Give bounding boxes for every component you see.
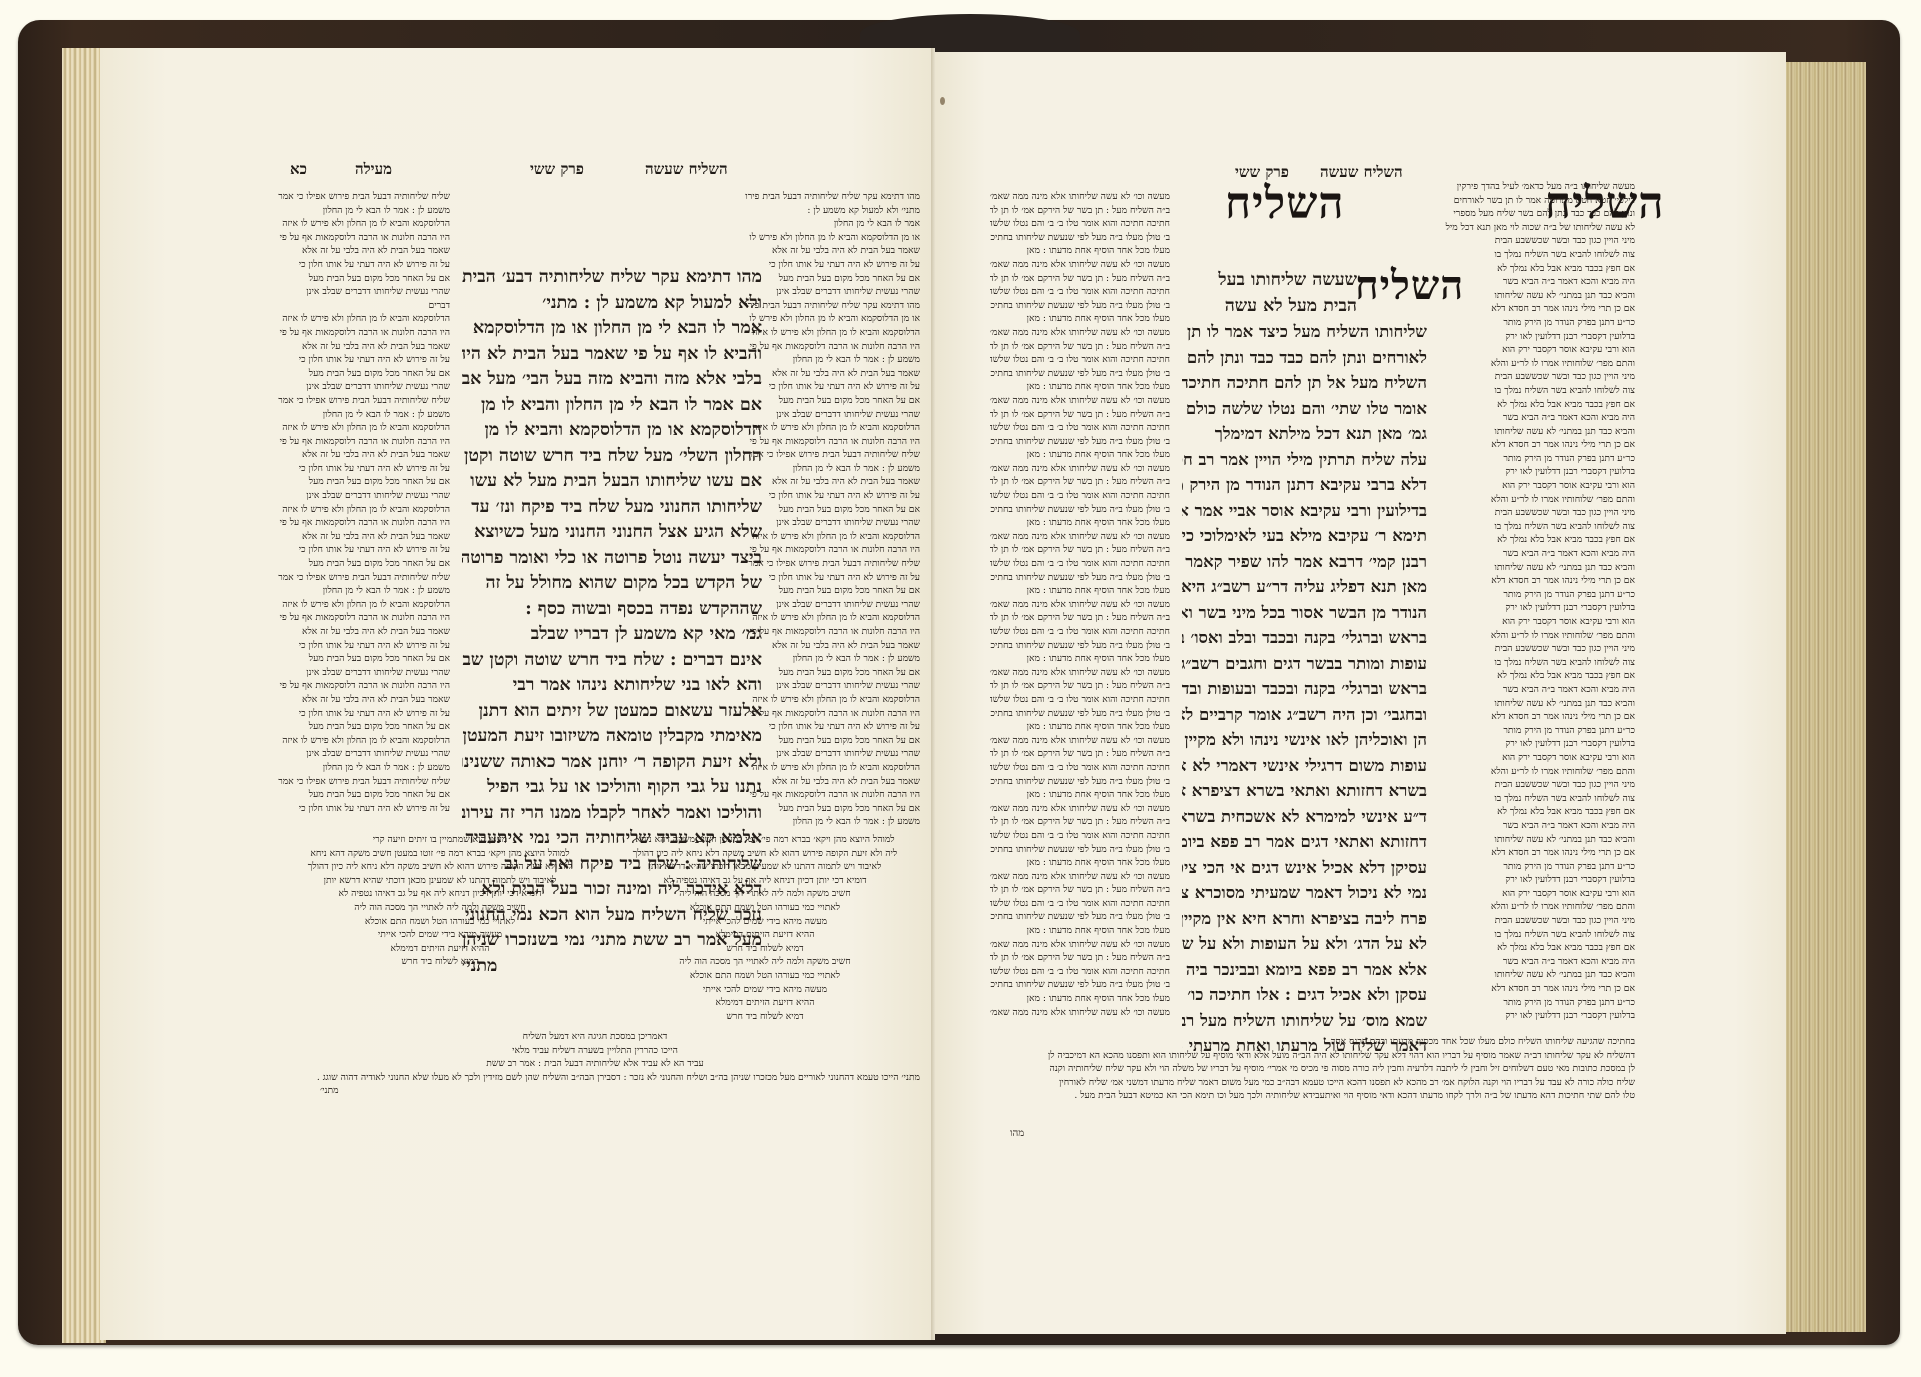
text-line: מעשה וכו׳ לא עשה שליחותו אלא מינה ממה שא… — [990, 394, 1170, 408]
text-line: אם חפץ בכבד מביא אבל בלא נמלך לא — [1445, 805, 1635, 819]
text-line: ב״ה השליח מעל : תן בשר של הירקם אמ׳ לו ת… — [990, 204, 1170, 218]
text-line: כר״ע דתנן בפרק הנודר מן הירק מותר — [1445, 724, 1635, 738]
paper-spot — [940, 97, 945, 105]
text-line: גמ׳ מאי קא משמע לן דבריו שבלב — [462, 622, 762, 648]
text-line: היה מביא והכא דאמר ב״ה הביא בשר — [1445, 955, 1635, 969]
text-line: היה מביא והכא דאמר ב״ה הביא בשר — [1445, 547, 1635, 561]
text-line: והביא כבד תנן במתני׳ לא עשה שליחותו — [1445, 289, 1635, 303]
text-line: על זה פירוש לא היה דעתי על אותו חלון כי — [270, 802, 450, 816]
text-line: שההקדש נפדה בכסף ובשוה כסף : — [462, 597, 762, 623]
text-line: כר״ע דתנן בפרק הנודר מן הירק מותר — [1445, 588, 1635, 602]
text-line: מיני הויין כגון כבד ובשר שכששבע הבית — [1445, 234, 1635, 248]
text-line: לאתויי כמי בעורהו הטל ושמח התם אוכלא — [270, 915, 610, 929]
text-line: למוהל היוצא מהן ויקא׳ בברא רמה פי׳ זוטו … — [610, 833, 920, 847]
text-line: אם על האחר מכל מקום בעל הבית מעל — [270, 720, 450, 734]
text-line: שהרי נעשית שליחותו דדברים שבלב אינן — [745, 408, 920, 422]
text-line: מעלו מכל אחד הוסיף אחת מדעתו : מאן — [990, 992, 1170, 1006]
text-line: אם כן תרי מילי נינהו אמר רב חסדא דלא — [1445, 846, 1635, 860]
right-main-text-opening: שעשה שליחותו בעל הבית מעל לא עשה — [1182, 268, 1357, 320]
text-line: אמר לו הבא לי מן החלון — [745, 217, 920, 231]
text-line: והתם מפר׳ שלוחותיו אמרו לו לר״ע והלא — [1445, 629, 1635, 643]
text-line: אם על האחר מכל מקום בעל הבית מעל — [270, 652, 450, 666]
text-line: ב״ה השליח מעל : תן בשר של הירקם אמ׳ לו ת… — [990, 272, 1170, 286]
text-line: הייכו כהררין התלויין בשערה דשליח עביד מל… — [270, 1044, 920, 1058]
text-line: דהשליח לא עקר שליחותו דב״ה שאמר מוסיף על… — [990, 1049, 1635, 1063]
text-line: מעטן הוא שמתמיין בו זיתים וזיעה קרי — [270, 833, 610, 847]
text-line: ב״ה השליח מעל : תן בשר של הירקם אמ׳ לו ת… — [990, 679, 1170, 693]
text-line: ב׳ טולן מעלו ב״ה מעל לפי שנעשת שליחותו ב… — [990, 435, 1170, 449]
text-line: מעשה וכו׳ לא עשה שליחותו אלא מינה ממה שא… — [990, 666, 1170, 680]
text-line: צוה לשלוחו להביא בשר השליח נמלך בו — [1445, 792, 1635, 806]
text-line: שאמר בעל הבית לא היה בלבי על זה אלא — [745, 244, 920, 258]
text-line: כר״ע דתנן בפרק הנודר מן הירק מותר — [1445, 860, 1635, 874]
text-line: מעשה וכו׳ לא עשה שליחותו אלא מינה ממה שא… — [990, 326, 1170, 340]
text-line: ביצד יעשה נוטל פרוטה או כלי ואומר פרוטה — [462, 546, 762, 572]
text-line: דברים — [270, 299, 450, 313]
text-line: שהרי נעשית שליחותו דדברים שבלב אינן — [745, 285, 920, 299]
text-line: חתיכה חתיכה והוא אומר טלו ב׳ ב׳ והם נטלו… — [990, 625, 1170, 639]
text-line: על זה פירוש לא היה דעתי על אותו חלון כי — [745, 380, 920, 394]
text-line: הדלוסקמא והביא לו מן החלון ולא פירש לו א… — [270, 217, 450, 231]
text-line: מעלו מכל אחד הוסיף אחת מדעתו : מאן — [990, 924, 1170, 938]
text-line: משמע לן : אמר לו הבא לי מן החלון — [270, 204, 450, 218]
text-line: לאתויי כמי בעורהו הטל ושמח התם אוכלא — [610, 969, 920, 983]
text-line: היו הרבה חלונות או הרבה דלוסקמאות אף על … — [745, 788, 920, 802]
text-line: שהרי נעשית שליחותו דדברים שבלב אינן — [745, 747, 920, 761]
text-line: על זה פירוש לא היה דעתי על אותו חלון כי — [270, 543, 450, 557]
text-line: שליח שליחותיה דבעל הבית פירוש אפילו כי א… — [270, 775, 450, 789]
gutter — [931, 48, 935, 1340]
text-line: אם על האחר מכל מקום בעל הבית מעל — [745, 802, 920, 816]
left-bottom-commentary: מעטן הוא שמתמיין בו זיתים וזיעה קרי למוה… — [270, 833, 610, 983]
text-line: מהו דתימא עקר שליח שליחותיה דבעל הבית פי… — [745, 299, 920, 313]
text-line: מהו דתימא עקר שליח שליחותיה דבע׳ הבית — [462, 265, 762, 291]
text-line: שהרי נעשית שליחותו דדברים שבלב אינן — [270, 747, 450, 761]
text-line: מיני הויין כגון כבד ובשר שכששבע הבית — [1445, 642, 1635, 656]
text-line: מתני׳ הייכו טעמא דהחנוני לאוריים מעל מכז… — [270, 1071, 920, 1085]
text-line: מעשה וכו׳ לא עשה שליחותו אלא מינה ממה שא… — [990, 530, 1170, 544]
text-line: אם על האחר מכל מקום בעל הבית מעל — [745, 734, 920, 748]
text-line: אם על האחר מכל מקום בעל הבית מעל — [745, 584, 920, 598]
text-line: אלא אמר רב פפא ביומא ובבינכר ביה ענינה — [1182, 957, 1427, 983]
text-line: שהרי נעשית שליחותו דדברים שבלב אינן — [270, 489, 450, 503]
text-line: שהרי נעשית שליחותו דדברים שבלב אינן — [270, 666, 450, 680]
text-line: שליחותו השליח מעל כיצד אמר לו תן בשר — [1182, 319, 1427, 345]
text-line: כר״ע דתנן בפרק הנודר מן הירק מותר — [1445, 316, 1635, 330]
text-line: צוה לשלוחו להביא בשר השליח נמלך בו — [1445, 520, 1635, 534]
text-line: גמ׳ מאן תנא דכל מילתא דמימלך — [1182, 421, 1427, 447]
text-line: צוה לשלוחו להביא בשר השליח נמלך בו — [1445, 384, 1635, 398]
text-line: ב׳ טולן מעלו ב״ה מעל לפי שנעשת שליחותו ב… — [990, 231, 1170, 245]
text-line: היה מביא והכא דאמר ב״ה הביא בשר — [1445, 819, 1635, 833]
text-line: ב׳ טולן מעלו ב״ה מעל לפי שנעשת שליחותו ב… — [990, 910, 1170, 924]
text-line: צוה לשלוחו להביא בשר השליח נמלך בו — [1445, 928, 1635, 942]
text-line: חשיב משקה ולמה ליה לאתויי הך מסכה הוה לי… — [610, 955, 920, 969]
text-line: ב׳ טולן מעלו ב״ה מעל לפי שנעשת שליחותו ב… — [990, 978, 1170, 992]
text-line: בדלועין דקסברי רבנן דדלועין לאו ירק — [1445, 601, 1635, 615]
text-line: חתיכה חתיכה והוא אומר טלו ב׳ ב׳ והם נטלו… — [990, 761, 1170, 775]
text-line: בדלועין דקסברי רבנן דדלועין לאו ירק — [1445, 737, 1635, 751]
text-line: דמיא לשלוח ביד חרש — [610, 1010, 920, 1024]
left-header-tractate: מעילה — [355, 160, 392, 179]
text-line: או מן הדלוסקמא והביא לו מן החלון ולא פיר… — [745, 231, 920, 245]
text-line: שאמר בעל הבית לא היה בלבי על זה אלא — [270, 530, 450, 544]
text-line: והא לאו בני שליחותא נינהו אמר רבי — [462, 673, 762, 699]
text-line: חתיכה חתיכה והוא אומר טלו ב׳ ב׳ והם נטלו… — [990, 421, 1170, 435]
text-line: על זה פירוש לא היה דעתי על אותו חלון כי — [270, 462, 450, 476]
text-line: מעלו מכל אחד הוסיף אחת מדעתו : מאן — [990, 244, 1170, 258]
text-line: שהרי נעשית שליחותו דדברים שבלב אינן — [745, 679, 920, 693]
right-bottom-commentary: בחתיכה שהגיעה שליחותו השליח כולם מעלו שכ… — [990, 1035, 1635, 1145]
text-line: חתיכה חתיכה והוא אומר טלו ב׳ ב׳ והם נטלו… — [990, 829, 1170, 843]
text-line: מעשה וכו׳ לא עשה שליחותו אלא מינה ממה שא… — [990, 598, 1170, 612]
text-line: ונתן להם כבד כבד ונתן להם בשר שליח מעל מ… — [1445, 207, 1635, 221]
text-line: הנודר מן הבשר אסור בכל מיני בשר ואסור — [1182, 600, 1427, 626]
text-line: חתיכה חתיכה והוא אומר טלו ב׳ ב׳ והם נטלו… — [990, 965, 1170, 979]
text-line: דמיא לשלוח ביד חרש — [270, 955, 610, 969]
text-line: היה מביא והכא דאמר ב״ה הביא בשר — [1445, 683, 1635, 697]
text-line: שליח שליחותיה דבעל הבית פירוש אפילו כי א… — [270, 571, 450, 585]
text-line: שאמר בעל הבית לא היה בלבי על זה אלא — [745, 639, 920, 653]
text-line: חתיכה חתיכה והוא אומר טלו ב׳ ב׳ והם נטלו… — [990, 693, 1170, 707]
text-line: היו הרבה חלונות או הרבה דלוסקמאות אף על … — [745, 435, 920, 449]
text-line: מעשה וכו׳ לא עשה שליחותו אלא מינה ממה שא… — [990, 802, 1170, 816]
text-line: שליחותו החנוני מעל שלח ביד פיקח ונז׳ עד — [462, 495, 762, 521]
text-line: מעלו מכל אחד הוסיף אחת מדעתו : מאן — [990, 584, 1170, 598]
text-line: ההיא דזיעת הזיתים דמימלא — [610, 928, 920, 942]
text-line: שהרי נעשית שליחותו דדברים שבלב אינן — [270, 285, 450, 299]
text-line: חתיכה חתיכה והוא אומר טלו ב׳ ב׳ והם נטלו… — [990, 217, 1170, 231]
text-line: אם על האחר מכל מקום בעל הבית מעל — [745, 503, 920, 517]
catchword: מתני׳ — [270, 1084, 920, 1098]
text-line: ליה ולא זיעת הקופה פירוש דהוא לא חשיב מש… — [610, 847, 920, 861]
text-line: על זה פירוש לא היה דעתי על אותו חלון כי — [745, 720, 920, 734]
text-line: שליח שליחותיה דבעל הבית פירוש אפילו כי א… — [270, 190, 450, 204]
text-line: שליח כולה כורה לא עבד על דבריו הוי וקנה … — [990, 1076, 1635, 1090]
text-line: בראש וברגלי׳ בקנה ובכבד ובעופות ובדגים — [1182, 676, 1427, 702]
text-line: ב׳ טולן מעלו ב״ה מעל לפי שנעשת שליחותו ב… — [990, 707, 1170, 721]
text-line: בדלועין דקסברי רבנן דדלועין לאו ירק — [1445, 465, 1635, 479]
text-line: היו הרבה חלונות או הרבה דלוסקמאות אף על … — [745, 543, 920, 557]
right-page-edges — [1786, 62, 1866, 1332]
text-line: והביא כבד תנן במתני׳ לא עשה שליחותו — [1445, 425, 1635, 439]
text-line: שלא הגיע אצל החנוני החנוני מעל כשיוצא — [462, 520, 762, 546]
text-line: חשיב משקה ולמה ליה לאתויי הך מסכה הוה לי… — [610, 887, 920, 901]
text-line: שמא מוס׳ על שליחותו השליח מעל רב ששת — [1182, 1008, 1427, 1034]
text-line: הדלוסקמא או מן הדלוסקמא והביא לו מן — [462, 418, 762, 444]
text-line: בדלועין דקסברי רבנן דדלועין לאו ירק — [1445, 330, 1635, 344]
text-line: ב׳ טולן מעלו ב״ה מעל לפי שנעשת שליחותו ב… — [990, 639, 1170, 653]
text-line: על זה פירוש לא היה דעתי על אותו חלון כי — [270, 639, 450, 653]
text-line: ב׳ טולן מעלו ב״ה מעל לפי שנעשת שליחותו ב… — [990, 299, 1170, 313]
text-line: ב״ה השליח מעל : תן בשר של הירקם אמ׳ לו ת… — [990, 815, 1170, 829]
text-line: מעלו מכל אחד הוסיף אחת מדעתו : מאן — [990, 380, 1170, 394]
text-line: היו הרבה חלונות או הרבה דלוסקמאות אף על … — [270, 516, 450, 530]
text-line: הוא ורבי עקיבא אוסר דקסבר ירק הוא — [1445, 887, 1635, 901]
text-line: מיני הויין כגון כבד ובשר שכששבע הבית — [1445, 506, 1635, 520]
text-line: עסיקן דלא אכיל אינש דגים אי הכי ציפרא — [1182, 855, 1427, 881]
text-line: חתיכה חתיכה והוא אומר טלו ב׳ ב׳ והם נטלו… — [990, 897, 1170, 911]
text-line: חתיכה חתיכה והוא אומר טלו ב׳ ב׳ והם נטלו… — [990, 285, 1170, 299]
text-line: מעשה מיהא בידי שמים להכי אייתי — [610, 983, 920, 997]
text-line: אם כן תרי מילי נינהו אמר רב חסדא דלא — [1445, 574, 1635, 588]
text-line: מאימתי מקבלין טומאה משיזובו זיעת המעטן — [462, 724, 762, 750]
text-line: טלו להם שתי חתיכות דהא מדעתו של ב״ה ולרך… — [990, 1089, 1635, 1103]
text-line: שליח שליחותיה דבעל הבית פירוש אפילו כי א… — [270, 394, 450, 408]
text-line: אם אמר לו הבא לי מן החלון והביא לו מן — [462, 393, 762, 419]
text-line: אם על האחר מכל מקום בעל הבית מעל — [270, 557, 450, 571]
text-line: שאמר בעל הבית לא היה בלבי על זה אלא — [745, 475, 920, 489]
text-line: דומיא דכי יותן דכיון דניחא ליה אף על גב … — [610, 874, 920, 888]
text-line: הדלוסקמא והביא לו מן החלון ולא פירש לו א… — [745, 693, 920, 707]
text-line: והביא כבד תנן במתני׳ לא עשה שליחותו — [1445, 561, 1635, 575]
text-line: דחזותא ואתאי דגים אמר רב פפא ביומא — [1182, 829, 1427, 855]
text-line: ב׳ טולן מעלו ב״ה מעל לפי שנעשת שליחותו ב… — [990, 367, 1170, 381]
text-line: הדלוסקמא והביא לו מן החלון ולא פירש לו א… — [270, 503, 450, 517]
text-line: אם על האחר מכל מקום בעל הבית מעל — [745, 666, 920, 680]
text-line: הוא ורבי עקיבא אוסר דקסבר ירק הוא — [1445, 751, 1635, 765]
text-line: מעשה שליחותו ב״ה מעל כדאמ׳ לעיל בהדך פיר… — [1445, 180, 1635, 194]
text-line: אינם דברים : שלח ביד חרש שוטה וקטן שבלב — [462, 648, 762, 674]
text-line: היו הרבה חלונות או הרבה דלוסקמאות אף על … — [745, 625, 920, 639]
text-line: למוהל היוצא מהן ויקא׳ בברא רמה פי׳ זוטו … — [270, 847, 610, 861]
text-line: אם על האחר מכל מקום בעל הבית מעל — [270, 788, 450, 802]
text-line: שהרי נעשית שליחותו דדברים שבלב אינן — [270, 380, 450, 394]
text-line: הוא ורבי עקיבא אוסר דקסבר ירק הוא — [1445, 343, 1635, 357]
text-line: על זה פירוש לא היה דעתי על אותו חלון כי — [745, 571, 920, 585]
text-line: מעשה וכו׳ לא עשה שליחותו אלא מינה ממה שא… — [990, 938, 1170, 952]
text-line: משמע לן : אמר לו הבא לי מן החלון — [745, 815, 920, 829]
text-line: לאיבוד ויש לתמוה דהתנו לא שמעינן מכאן דו… — [270, 874, 610, 888]
decorated-word-center: השליח — [1225, 178, 1345, 229]
text-line: שליח שליחותיה דבעל הבית פירוש אפילו כי א… — [745, 557, 920, 571]
text-line: על זה פירוש לא היה דעתי על אותו חלון כי — [745, 258, 920, 272]
text-line: ב״ה השליח מעל : תן בשר של הירקם אמ׳ לו ת… — [990, 475, 1170, 489]
text-line: ב״ה השליח מעל : תן בשר של הירקם אמ׳ לו ת… — [990, 340, 1170, 354]
text-line: על זה פירוש לא היה דעתי על אותו חלון כי — [745, 489, 920, 503]
text-line: מעלו מכל אחד הוסיף אחת מדעתו : מאן — [990, 788, 1170, 802]
text-line: הדלוסקמא והביא לו מן החלון ולא פירש לו א… — [270, 312, 450, 326]
text-line: היו הרבה חלונות או הרבה דלוסקמאות אף על … — [745, 340, 920, 354]
text-line: בחתיכה שהגיעה שליחותו השליח כולם מעלו שכ… — [990, 1035, 1635, 1049]
text-line: ולא למעול קא משמע לן : מתני׳ — [462, 291, 762, 317]
text-line: היו הרבה חלונות או הרבה דלוסקמאות אף על … — [270, 611, 450, 625]
text-line: בדלועין דקסברי רבנן דדלועין לאו ירק — [1445, 873, 1635, 887]
text-line: הדלוסקמא והביא לו מן החלון ולא פירש לו א… — [270, 421, 450, 435]
text-line: אם על האחר מכל מקום בעל הבית מעל — [270, 367, 450, 381]
text-line: והביא כבד תנן במתני׳ לא עשה שליחותו — [1445, 697, 1635, 711]
text-line: לא עשה שליחותו של ב״ה שכוה לוי מאן תנא ד… — [1445, 221, 1635, 235]
text-line: והביא לו אף על פי שאמר בעל הבית לא היה — [462, 342, 762, 368]
text-line: החלון השלי׳ מעל שלח ביד חרש שוטה וקטן — [462, 444, 762, 470]
text-line: צוה לשלוחו להביא בשר השליח נמלך בו — [1445, 248, 1635, 262]
text-line: והוליכו ואמר לאחר לקבלו ממנו הרי זה עירו… — [462, 801, 762, 827]
text-line: אם על האחר מכל מקום בעל הבית מעל — [270, 475, 450, 489]
text-line: עלה שליח תרתין מילי הויין אמר רב חסדא — [1182, 447, 1427, 473]
text-line: הדלוסקמא והביא לו מן החלון ולא פירש לו א… — [745, 761, 920, 775]
text-line: מאן תנא דפליג עליה דר״ע רשב״ג היא דתניא — [1182, 574, 1427, 600]
text-line: אם חפץ בכבד מביא אבל בלא נמלך לא — [1445, 669, 1635, 683]
text-line: הדלוסקמא והביא לו מן החלון ולא פירש לו א… — [270, 734, 450, 748]
text-line: של הקדש בכל מקום שהוא מחולל על זה — [462, 571, 762, 597]
text-line: והתם מפר׳ שלוחותיו אמרו לו לר״ע והלא — [1445, 900, 1635, 914]
left-header-chapter-number: פרק ששי — [530, 160, 584, 179]
text-line: שאמר בעל הבית לא היה בלבי על זה אלא — [270, 340, 450, 354]
text-line: הוא ורבי עקיבא אוסר דקסבר ירק הוא — [1445, 479, 1635, 493]
text-line: חתיכה חתיכה והוא אומר טלו ב׳ ב׳ והם נטלו… — [990, 557, 1170, 571]
text-line: חשיב משקה ולמה ליה לאתויי הך מסכה הוה לי… — [270, 901, 610, 915]
text-line: דילפי׳ חטא חטא מתרומה אמר לו תן בשר לאור… — [1445, 194, 1635, 208]
text-line: דמיא לשלוח ביד חרש — [610, 942, 920, 956]
text-line: שאמר בעל הבית לא היה בלבי על זה אלא — [270, 625, 450, 639]
text-line: והתם מפר׳ שלוחותיו אמרו לו לר״ע והלא — [1445, 493, 1635, 507]
text-line: אם כן תרי מילי נינהו אמר רב חסדא דלא — [1445, 982, 1635, 996]
text-line: שעשה שליחותו בעל — [1182, 268, 1357, 294]
right-commentary-outer: מעשה שליחותו ב״ה מעל כדאמ׳ לעיל בהדך פיר… — [1445, 180, 1635, 1040]
left-commentary-inner: מהו דתימא עקר שליח שליחותיה דבעל הבית פי… — [745, 190, 920, 840]
text-line: מיני הויין כגון כבד ובשר שכששבע הבית — [1445, 914, 1635, 928]
text-line: היו הרבה חלונות או הרבה דלוסקמאות אף על … — [270, 435, 450, 449]
text-line: עופות משום דרגילי אינשי דאמרי לא אשכחית — [1182, 753, 1427, 779]
text-line: משמע לן : אמר לו הבא לי מן החלון — [745, 652, 920, 666]
text-line: אם על האחר מכל מקום בעל הבית מעל — [745, 394, 920, 408]
text-line: משמע לן : אמר לו הבא לי מן החלון — [745, 462, 920, 476]
text-line: דומיא דכי יותן דכיון דניחא ליה אף על גב … — [270, 887, 610, 901]
text-line: אמר לו הבא לי מן החלון או מן הדלוסקמא — [462, 316, 762, 342]
left-header-chapter-name: השליח שעשה — [645, 160, 728, 179]
text-line: תימא ר׳ עקיבא מילא בעי לאימלוכי כי אמרוה — [1182, 523, 1427, 549]
text-line: ב״ה השליח מעל : תן בשר של הירקם אמ׳ לו ת… — [990, 747, 1170, 761]
text-line: בראש וברגלי׳ בקנה ובכבד ובלב ואסו׳ בבשר — [1182, 625, 1427, 651]
text-line: היו הרבה חלונות או הרבה דלוסקמאות אף על … — [270, 231, 450, 245]
text-line: מעלו מכל אחד הוסיף אחת מדעתו : מאן — [990, 516, 1170, 530]
text-line: מעשה מיהא בידי שמים להכי אייתי — [610, 915, 920, 929]
text-line: והתם מפר׳ שלוחותיו אמרו לו לר״ע והלא — [1445, 357, 1635, 371]
text-line: ליה ולא זיעת הקופה פירוש דהוא לא חשיב מש… — [270, 860, 610, 874]
text-line: הבית מעל לא עשה — [1182, 294, 1357, 320]
text-line: אם על האחר מכל מקום בעל הבית מעל — [745, 272, 920, 286]
text-line: היו הרבה חלונות או הרבה דלוסקמאות אף על … — [270, 679, 450, 693]
text-line: רבנן קמי׳ דרבא אמר להו שפיר קאמר נחמני — [1182, 549, 1427, 575]
text-line: הדלוסקמא והביא לו מן החלון ולא פירש לו א… — [745, 530, 920, 544]
text-line: מיני הויין כגון כבד ובשר שכששבע הבית — [1445, 778, 1635, 792]
text-line: דלא ברבי עקיבא דתנן הנודר מן הירק מותר — [1182, 472, 1427, 498]
text-line: דאמריכן במסכת חגיגה היא דמעל השליח — [270, 1030, 920, 1044]
text-line: פרח ליבה בציפרא וחרא חיא אין מקיין בם — [1182, 906, 1427, 932]
text-line: מעלו מכל אחד הוסיף אחת מדעתו : מאן — [990, 312, 1170, 326]
text-line: משמע לן : אמר לו הבא לי מן החלון — [745, 353, 920, 367]
text-line: שאמר בעל הבית לא היה בלבי על זה אלא — [745, 775, 920, 789]
text-line: שאמר בעל הבית לא היה בלבי על זה אלא — [270, 693, 450, 707]
text-line: על זה פירוש לא היה דעתי על אותו חלון כי — [270, 707, 450, 721]
text-line: ב׳ טולן מעלו ב״ה מעל לפי שנעשת שליחותו ב… — [990, 571, 1170, 585]
text-line: ב׳ טולן מעלו ב״ה מעל לפי שנעשת שליחותו ב… — [990, 503, 1170, 517]
left-commentary-outer: שליח שליחותיה דבעל הבית פירוש אפילו כי א… — [270, 190, 450, 830]
text-line: הוא ורבי עקיבא אוסר דקסבר ירק הוא — [1445, 615, 1635, 629]
text-line: לאיבוד ויש לתמוה דהתנו לא שמעינן מכאן דו… — [610, 860, 920, 874]
text-line: הדלוסקמא והביא לו מן החלון ולא פירש לו א… — [745, 611, 920, 625]
text-line: ב״ה השליח מעל : תן בשר של הירקם אמ׳ לו ת… — [990, 611, 1170, 625]
text-line: חתיכה חתיכה והוא אומר טלו ב׳ ב׳ והם נטלו… — [990, 489, 1170, 503]
text-line: שהרי נעשית שליחותו דדברים שבלב אינן — [745, 598, 920, 612]
text-line: מהו דתימא עקר שליח שליחותיה דבעל הבית פי… — [745, 190, 920, 204]
text-line: בשרא דחזותא ואתאי בשרא דציפרא או אכבי — [1182, 778, 1427, 804]
right-main-text: שליחותו השליח מעל כיצד אמר לו תן בשר לאו… — [1182, 319, 1427, 1079]
text-line: ב״ה השליח מעל : תן בשר של הירקם אמ׳ לו ת… — [990, 408, 1170, 422]
text-line: הדלוסקמא והביא לו מן החלון ולא פירש לו א… — [745, 326, 920, 340]
text-line: עסקן ולא אכיל דגים : אלו חתיכה כו׳ — [1182, 982, 1427, 1008]
text-line: מעשה וכו׳ לא עשה שליחותו אלא מינה ממה שא… — [990, 870, 1170, 884]
text-line: והתם מפר׳ שלוחותיו אמרו לו לר״ע והלא — [1445, 765, 1635, 779]
text-line: שאמר בעל הבית לא היה בלבי על זה אלא — [270, 244, 450, 258]
text-line: ב׳ טולן מעלו ב״ה מעל לפי שנעשת שליחותו ב… — [990, 843, 1170, 857]
text-line: על זה פירוש לא היה דעתי על אותו חלון כי — [270, 258, 450, 272]
text-line: שאמר בעל הבית לא היה בלבי על זה אלא — [745, 367, 920, 381]
text-line: אם על האחר מכל מקום בעל הבית מעל — [270, 272, 450, 286]
text-line: בדלועין דקסברי רבנן דדלועין לאו ירק — [1445, 1009, 1635, 1023]
text-line: חתיכה חתיכה והוא אומר טלו ב׳ ב׳ והם נטלו… — [990, 353, 1170, 367]
text-line: בדילועין ורבי עקיבא אוסר אביי אמר אפילו — [1182, 498, 1427, 524]
text-line: אלעזר עשאום כמעטן של זיתים הוא דתנן — [462, 699, 762, 725]
text-line: היה מביא והכא דאמר ב״ה הביא בשר — [1445, 275, 1635, 289]
text-line: היו הרבה חלונות או הרבה דלוסקמאות אף על … — [745, 707, 920, 721]
text-line: אם כן תרי מילי נינהו אמר רב חסדא דלא — [1445, 710, 1635, 724]
text-line: לאתויי כמי בעורהו הטל ושמח התם אוכלא — [610, 901, 920, 915]
left-footer-text: דאמריכן במסכת חגיגה היא דמעל השליח הייכו… — [270, 1030, 920, 1105]
text-line: מעלו מכל אחד הוסיף אחת מדעתו : מאן — [990, 448, 1170, 462]
text-line: מעשה מיהא בידי שמים להכי אייתי — [270, 928, 610, 942]
text-line: שאמר בעל הבית לא היה בלבי על זה אלא — [270, 448, 450, 462]
text-line: צוה לשלוחו להביא בשר השליח נמלך בו — [1445, 656, 1635, 670]
text-line: אם כן תרי מילי נינהו אמר רב חסדא דלא — [1445, 438, 1635, 452]
text-line: ב׳ טולן מעלו ב״ה מעל לפי שנעשת שליחותו ב… — [990, 775, 1170, 789]
text-line: משמע לן : אמר לו הבא לי מן החלון — [270, 408, 450, 422]
text-line: ובחגבי׳ וכן היה רשב״ג אומר קרביים לאו בש… — [1182, 702, 1427, 728]
left-bottom-commentary-inner: למוהל היוצא מהן ויקא׳ בברא רמה פי׳ זוטו … — [610, 833, 920, 1043]
text-line: מעלו מכל אחד הוסיף אחת מדעתו : מאן — [990, 856, 1170, 870]
text-line: אם חפץ בכבד מביא אבל בלא נמלך לא — [1445, 941, 1635, 955]
text-line: מעלו מכל אחד הוסיף אחת מדעתו : מאן — [990, 652, 1170, 666]
text-line: היו הרבה חלונות או הרבה דלוסקמאות אף על … — [270, 326, 450, 340]
text-line: על זה פירוש לא היה דעתי על אותו חלון כי — [270, 353, 450, 367]
left-header-folio: כא — [290, 160, 307, 179]
text-line: ד״ע אינשי למימרא לא אשכחית בשרא — [1182, 804, 1427, 830]
text-line: מעלו מכל אחד הוסיף אחת מדעתו : מאן — [990, 720, 1170, 734]
text-line: עופות ומותר בבשר דגים וחגבים רשב״ג מתיר — [1182, 651, 1427, 677]
text-line: הדלוסקמא והביא לו מן החלון ולא פירש לו א… — [745, 421, 920, 435]
text-line: ההיא דזיעת הזיתים דמימלא — [270, 942, 610, 956]
text-line: ההיא דזיעת הזיתים דמימלא — [610, 996, 920, 1010]
text-line: מעשה וכו׳ לא עשה שליחותו אלא מינה ממה שא… — [990, 258, 1170, 272]
text-line: משמע לן : אמר לו הבא לי מן החלון — [270, 584, 450, 598]
text-line: ב״ה השליח מעל : תן בשר של הירקם אמ׳ לו ת… — [990, 543, 1170, 557]
text-line: שהרי נעשית שליחותו דדברים שבלב אינן — [745, 516, 920, 530]
right-commentary-inner: מעשה וכו׳ לא עשה שליחותו אלא מינה ממה שא… — [990, 190, 1170, 1030]
text-line: אם כן תרי מילי נינהו אמר רב חסדא דלא — [1445, 302, 1635, 316]
text-line: משמע לן : אמר לו הבא לי מן החלון — [270, 761, 450, 775]
text-line: שליח שליחותיה דבעל הבית פירוש אפילו כי א… — [745, 448, 920, 462]
text-line: נתנו על גבי הקוף והוליכו או על גבי הפיל — [462, 775, 762, 801]
text-line: ב״ה השליח מעל : תן בשר של הירקם אמ׳ לו ת… — [990, 883, 1170, 897]
text-line: עביד הא לא עביד אלא שליחותיה דבעל הבית :… — [270, 1057, 920, 1071]
text-line: ב״ה השליח מעל : תן בשר של הירקם אמ׳ לו ת… — [990, 951, 1170, 965]
text-line: או מן הדלוסקמא והביא לו מן החלון ולא פיר… — [745, 312, 920, 326]
text-line: אם חפץ בכבד מביא אבל בלא נמלך לא — [1445, 262, 1635, 276]
catchword: מהו — [1010, 1128, 1024, 1139]
text-line: מתני׳ ולא למעול קא משמע לן : — [745, 204, 920, 218]
text-line: והביא כבד תנן במתני׳ לא עשה שליחותו — [1445, 833, 1635, 847]
text-line: כר״ע דתנן בפרק הנודר מן הירק מותר — [1445, 452, 1635, 466]
